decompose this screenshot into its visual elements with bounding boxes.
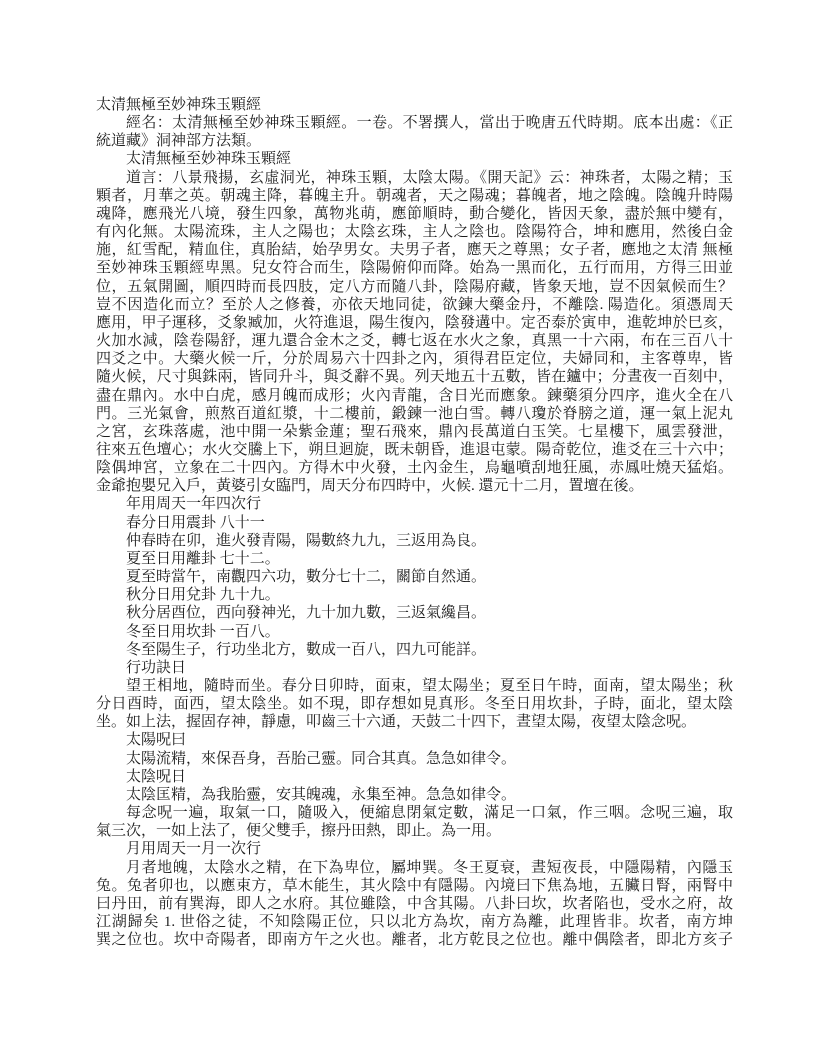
text-line: 金爺抱嬰兄入戶，黃婆引女臨門，周天分布四時中，火候. 還元十二月，置壇在後。 (96, 477, 733, 495)
text-line: 夏至時當午，南觀四六功，數分七十二，關節自然通。 (96, 568, 733, 586)
text-line: 火加水減，陰卷陽舒，運九還合金木之爻，轉七返在水火之象，真黑一十六兩，布在三百八… (96, 332, 733, 350)
page: 太清無極至妙神珠玉顆經經名：太清無極至妙神珠玉顆經。一卷。不署撰人，當出于晚唐五… (0, 0, 816, 1056)
text-line: 往來五色壇心；水火交騰上下，朔旦迴旋，既未朝昏，進退屯蒙。陽奇乾位，進爻在三十六… (96, 441, 733, 459)
text-line: 仲春時在卯，進火發青陽，陽數終九九，三返用為良。 (96, 532, 733, 550)
text-line: 陰偶坤宮，立象在二十四內。方得木中火發，土內金生，烏龜噴刮地狂風，赤鳳吐燒天猛焰… (96, 459, 733, 477)
text-line: 應用，甲子運移，爻象臧加，火符進退，陽生復內，陰發遘中。定否泰於寅申，進乾坤於巳… (96, 314, 733, 332)
text-line: 施，紅雪配，精血住，真胎結，始孕男女。夫男子者，應天之尊黑；女子者，應地之太清 … (96, 241, 733, 259)
text-line: 之宮，玄珠落處，池中開一朵紫金蓮；聖石飛來，鼎內長萬道白玉笑。七星樓下，風雲發泄… (96, 423, 733, 441)
text-line: 氣三次，一如上法了，便父雙手，擦丹田熱，即止。為一用。 (96, 822, 733, 840)
text-line: 冬至陽生子，行功坐北方，數成一百八，四九可能詳。 (96, 641, 733, 659)
text-line: 每念呪一遍，取氣一口，隨吸入，便縮息閉氣定數，滿足一口氣，作三咽。念呪三遍，取 (96, 804, 733, 822)
text-line: 年用周天一年四次行 (96, 495, 733, 513)
text-line: 四爻之中。大藥火候一斤，分於周易六十四卦之內，須得君臣定位，夫婦同和，主客尊卑，… (96, 350, 733, 368)
text-line: 夏至日用離卦 七十二。 (96, 550, 733, 568)
text-line: 秋分日用兌卦 九十九。 (96, 586, 733, 604)
text-line: 太清無極至妙神珠玉顆經 (96, 150, 733, 168)
text-line: 經名：太清無極至妙神珠玉顆經。一卷。不署撰人，當出于晚唐五代時期。底本出處：《正 (96, 114, 733, 132)
text-line: 春分日用震卦 八十一 (96, 514, 733, 532)
text-line: 太陽流精，來保吾身，吾胎己靈。同合其真。急急如律令。 (96, 750, 733, 768)
text-line: 太清無極至妙神珠玉顆經 (96, 96, 733, 114)
text-line: 望王相地，隨時而坐。春分日卯時，面束，望太陽坐；夏至日午時，面南，望太陽坐；秋 (96, 677, 733, 695)
document-body: 太清無極至妙神珠玉顆經經名：太清無極至妙神珠玉顆經。一卷。不署撰人，當出于晚唐五… (96, 96, 733, 949)
text-line: 顆者，月華之英。朝魂主降，暮魄主升。朝魂者，天之陽魂；暮魄者，地之陰魄。陰魄升時… (96, 187, 733, 205)
text-line: 巽之位也。坎中奇陽者，即南方午之火也。離者，北方乾艮之位也。離中偶陰者，即北方亥… (96, 931, 733, 949)
text-line: 行功訣日 (96, 659, 733, 677)
text-line: 盡在鼎內。水中白虎，感月魄而成形；火內青龍，含日光而應象。鍊藥須分四序，進火全在… (96, 387, 733, 405)
text-line: 月者地魄，太陰水之精，在下為卑位，屬坤巽。冬王夏衰，晝短夜長，中隱陽精，內隱玉 (96, 859, 733, 877)
text-line: 門。三光氣會，煎熬百道紅漿，十二樓前，鍛鍊一池白雪。轉八瓊於脊膀之道，運一氣上泥… (96, 405, 733, 423)
text-line: 冬至日用坎卦 一百八。 (96, 623, 733, 641)
text-line: 統道藏》洞神部方法類。 (96, 132, 733, 150)
text-line: 隨火候，尺寸與銖兩，皆同升斗，與爻辭不異。列天地五十五數，皆在鑪中；分晝夜一百刻… (96, 368, 733, 386)
text-line: 江湖歸矣 1. 世俗之徒，不知陰陽正位，只以北方為坎，南方為離，此理皆非。坎者，… (96, 913, 733, 931)
text-line: 位，五氣開圖，順四時而長四肢，定八方而隨八卦，陰陽府藏，皆象天地，豈不因氣候而生… (96, 278, 733, 296)
text-line: 太陰匡精，為我胎靈，安其魄魂，永集至神。急急如律令。 (96, 786, 733, 804)
text-line: 月用周天一月一次行 (96, 840, 733, 858)
text-line: 豈不因造化而立？至於人之修養，亦依天地同徒，欲鍊大藥金丹，不離陰. 陽造化。須憑… (96, 296, 733, 314)
text-line: 分日酉時，面西，望太陰坐。如不現，即存想如見真形。冬至日用坎卦，子時，面北，望太… (96, 695, 733, 713)
text-line: 太陰呪日 (96, 768, 733, 786)
text-line: 有內化無。太陽流珠，主人之陽也；太陰玄珠，主人之陰也。陰陽符合，坤和應用，然後白… (96, 223, 733, 241)
text-line: 太陽呪曰 (96, 731, 733, 749)
text-line: 曰丹田，前有巽海，即人之水府。其位雖陰，中含其陽。八卦曰坎，坎者陷也，受水之府，… (96, 895, 733, 913)
text-line: 魂降，應飛光八境，發生四象，萬物兆萌，應節順時，動合變化，皆因天象，盡於無中變有… (96, 205, 733, 223)
text-line: 坐。如上法，握固存神，靜慮，叩齒三十六通，天鼓二十四下，晝望太陽，夜望太陰念呪。 (96, 713, 733, 731)
text-line: 兔。兔者卯也，以應束方，草木能生，其火陰中有隱陽。內境曰下焦為地，五臟日腎，兩腎… (96, 877, 733, 895)
text-line: 道言：八景飛揚，玄虛洞光，神珠玉顆，太陰太陽。《開天記》云：神珠者，太陽之精；玉 (96, 169, 733, 187)
text-line: 至妙神珠玉顆經卑黑。兒女符合而生，陰陽俯仰而降。始為一黑而化，五行而用，方得三田… (96, 259, 733, 277)
text-line: 秋分居酉位，西向發神光，九十加九數，三返氣纔昌。 (96, 604, 733, 622)
